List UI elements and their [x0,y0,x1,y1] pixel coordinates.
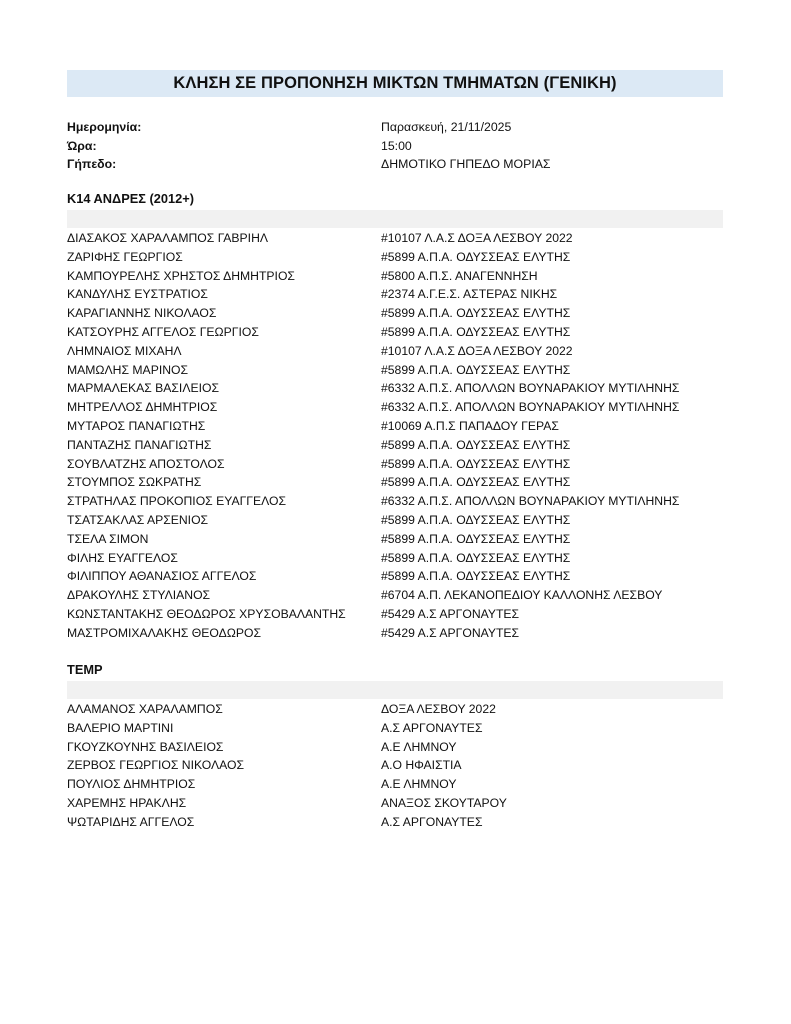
player-club: Α.Ε ΛΗΜΝΟΥ [381,775,456,794]
player-name: ΜΗΤΡΕΛΛΟΣ ΔΗΜΗΤΡΙΟΣ [67,398,381,417]
section-heading-temp: TEMP [67,662,103,677]
table-row: ΜΑΣΤΡΟΜΙΧΑΛΑΚΗΣ ΘΕΟΔΩΡΟΣ#5429 Α.Σ ΑΡΓΟΝΑ… [67,624,727,643]
player-club: ΑΝΑΞΟΣ ΣΚΟΥΤΑΡΟΥ [381,794,507,813]
player-club: #6704 Α.Π. ΛΕΚΑΝΟΠΕΔΙΟΥ ΚΑΛΛΟΝΗΣ ΛΕΣΒΟΥ [381,586,662,605]
table-row: ΧΑΡΕΜΗΣ ΗΡΑΚΛΗΣΑΝΑΞΟΣ ΣΚΟΥΤΑΡΟΥ [67,794,727,813]
player-club: #2374 Α.Γ.Ε.Σ. ΑΣΤΕΡΑΣ ΝΙΚΗΣ [381,285,557,304]
section-divider-bar [67,210,723,228]
table-row: ΜΥΤΑΡΟΣ ΠΑΝΑΓΙΩΤΗΣ#10069 Α.Π.Σ ΠΑΠΑΔΟΥ Γ… [67,417,727,436]
player-name: ΜΥΤΑΡΟΣ ΠΑΝΑΓΙΩΤΗΣ [67,417,381,436]
player-club: #5899 Α.Π.Α. ΟΔΥΣΣΕΑΣ ΕΛΥΤΗΣ [381,567,570,586]
player-name: ΣΤΡΑΤΗΛΑΣ ΠΡΟΚΟΠΙΟΣ ΕΥΑΓΓΕΛΟΣ [67,492,381,511]
table-row: ΜΑΡΜΑΛΕΚΑΣ ΒΑΣΙΛΕΙΟΣ#6332 Α.Π.Σ. ΑΠΟΛΛΩΝ… [67,379,727,398]
section-divider-bar [67,681,723,699]
table-row: ΤΣΑΤΣΑΚΛΑΣ ΑΡΣΕΝΙΟΣ#5899 Α.Π.Α. ΟΔΥΣΣΕΑΣ… [67,511,727,530]
player-name: ΠΑΝΤΑΖΗΣ ΠΑΝΑΓΙΩΤΗΣ [67,436,381,455]
table-row: ΣΟΥΒΛΑΤΖΗΣ ΑΠΟΣΤΟΛΟΣ#5899 Α.Π.Α. ΟΔΥΣΣΕΑ… [67,455,727,474]
player-name: ΚΩΝΣΤΑΝΤΑΚΗΣ ΘΕΟΔΩΡΟΣ ΧΡΥΣΟΒΑΛΑΝΤΗΣ [67,605,381,624]
player-club: #5899 Α.Π.Α. ΟΔΥΣΣΕΑΣ ΕΛΥΤΗΣ [381,248,570,267]
table-row: ΚΩΝΣΤΑΝΤΑΚΗΣ ΘΕΟΔΩΡΟΣ ΧΡΥΣΟΒΑΛΑΝΤΗΣ#5429… [67,605,727,624]
player-name: ΚΑΜΠΟΥΡΕΛΗΣ ΧΡΗΣΤΟΣ ΔΗΜΗΤΡΙΟΣ [67,267,381,286]
player-name: ΑΛΑΜΑΝΟΣ ΧΑΡΑΛΑΜΠΟΣ [67,700,381,719]
table-row: ΓΚΟΥΖΚΟΥΝΗΣ ΒΑΣΙΛΕΙΟΣΑ.Ε ΛΗΜΝΟΥ [67,738,727,757]
player-name: ΖΕΡΒΟΣ ΓΕΩΡΓΙΟΣ ΝΙΚΟΛΑΟΣ [67,756,381,775]
title-bar: ΚΛΗΣΗ ΣΕ ΠΡΟΠΟΝΗΣΗ ΜΙΚΤΩΝ ΤΜΗΜΑΤΩΝ (ΓΕΝΙ… [67,70,723,97]
player-name: ΨΩΤΑΡΙΔΗΣ ΑΓΓΕΛΟΣ [67,813,381,832]
player-club: #10107 Λ.Α.Σ ΔΟΞΑ ΛΕΣΒΟΥ 2022 [381,342,573,361]
player-club: #5429 Α.Σ ΑΡΓΟΝΑΥΤΕΣ [381,605,519,624]
table-row: ΔΙΑΣΑΚΟΣ ΧΑΡΑΛΑΜΠΟΣ ΓΑΒΡΙΗΛ#10107 Λ.Α.Σ … [67,229,727,248]
player-name: ΚΑΡΑΓΙΑΝΝΗΣ ΝΙΚΟΛΑΟΣ [67,304,381,323]
table-row: ΒΑΛΕΡΙΟ ΜΑΡΤΙΝΙΑ.Σ ΑΡΓΟΝΑΥΤΕΣ [67,719,727,738]
player-name: ΤΣΑΤΣΑΚΛΑΣ ΑΡΣΕΝΙΟΣ [67,511,381,530]
date-value: Παρασκευή, 21/11/2025 [381,118,511,137]
meta-row-venue: Γήπεδο: ΔΗΜΟΤΙΚΟ ΓΗΠΕΔΟ ΜΟΡΙΑΣ [67,155,727,174]
player-name: ΤΣΕΛΑ ΣΙΜΟΝ [67,530,381,549]
player-name: ΛΗΜΝΑΙΟΣ ΜΙΧΑΗΛ [67,342,381,361]
player-club: #5899 Α.Π.Α. ΟΔΥΣΣΕΑΣ ΕΛΥΤΗΣ [381,323,570,342]
table-row: ΚΑΤΣΟΥΡΗΣ ΑΓΓΕΛΟΣ ΓΕΩΡΓΙΟΣ#5899 Α.Π.Α. Ο… [67,323,727,342]
table-row: ΔΡΑΚΟΥΛΗΣ ΣΤΥΛΙΑΝΟΣ#6704 Α.Π. ΛΕΚΑΝΟΠΕΔΙ… [67,586,727,605]
player-name: ΜΑΣΤΡΟΜΙΧΑΛΑΚΗΣ ΘΕΟΔΩΡΟΣ [67,624,381,643]
document-page: ΚΛΗΣΗ ΣΕ ΠΡΟΠΟΝΗΣΗ ΜΙΚΤΩΝ ΤΜΗΜΑΤΩΝ (ΓΕΝΙ… [0,0,791,1024]
player-club: Α.Ε ΛΗΜΝΟΥ [381,738,456,757]
player-club: Α.Σ ΑΡΓΟΝΑΥΤΕΣ [381,813,482,832]
table-row: ΜΗΤΡΕΛΛΟΣ ΔΗΜΗΤΡΙΟΣ#6332 Α.Π.Σ. ΑΠΟΛΛΩΝ … [67,398,727,417]
player-club: #5429 Α.Σ ΑΡΓΟΝΑΥΤΕΣ [381,624,519,643]
player-club: #5899 Α.Π.Α. ΟΔΥΣΣΕΑΣ ΕΛΥΤΗΣ [381,304,570,323]
venue-label: Γήπεδο: [67,155,381,174]
player-club: Α.Σ ΑΡΓΟΝΑΥΤΕΣ [381,719,482,738]
document-title: ΚΛΗΣΗ ΣΕ ΠΡΟΠΟΝΗΣΗ ΜΙΚΤΩΝ ΤΜΗΜΑΤΩΝ (ΓΕΝΙ… [173,74,616,93]
player-club: ΔΟΞΑ ΛΕΣΒΟΥ 2022 [381,700,496,719]
venue-value: ΔΗΜΟΤΙΚΟ ΓΗΠΕΔΟ ΜΟΡΙΑΣ [381,155,551,174]
player-name: ΖΑΡΙΦΗΣ ΓΕΩΡΓΙΟΣ [67,248,381,267]
player-club: #5899 Α.Π.Α. ΟΔΥΣΣΕΑΣ ΕΛΥΤΗΣ [381,436,570,455]
player-club: #10107 Λ.Α.Σ ΔΟΞΑ ΛΕΣΒΟΥ 2022 [381,229,573,248]
table-row: ΖΑΡΙΦΗΣ ΓΕΩΡΓΙΟΣ#5899 Α.Π.Α. ΟΔΥΣΣΕΑΣ ΕΛ… [67,248,727,267]
player-name: ΣΤΟΥΜΠΟΣ ΣΩΚΡΑΤΗΣ [67,473,381,492]
table-row: ΑΛΑΜΑΝΟΣ ΧΑΡΑΛΑΜΠΟΣΔΟΞΑ ΛΕΣΒΟΥ 2022 [67,700,727,719]
time-label: Ώρα: [67,137,381,156]
player-club: #5899 Α.Π.Α. ΟΔΥΣΣΕΑΣ ΕΛΥΤΗΣ [381,361,570,380]
player-club: #5899 Α.Π.Α. ΟΔΥΣΣΕΑΣ ΕΛΥΤΗΣ [381,455,570,474]
player-name: ΔΙΑΣΑΚΟΣ ΧΑΡΑΛΑΜΠΟΣ ΓΑΒΡΙΗΛ [67,229,381,248]
player-name: ΒΑΛΕΡΙΟ ΜΑΡΤΙΝΙ [67,719,381,738]
table-row: ΚΑΜΠΟΥΡΕΛΗΣ ΧΡΗΣΤΟΣ ΔΗΜΗΤΡΙΟΣ#5800 Α.Π.Σ… [67,267,727,286]
table-row: ΚΑΡΑΓΙΑΝΝΗΣ ΝΙΚΟΛΑΟΣ#5899 Α.Π.Α. ΟΔΥΣΣΕΑ… [67,304,727,323]
table-row: ΣΤΟΥΜΠΟΣ ΣΩΚΡΑΤΗΣ#5899 Α.Π.Α. ΟΔΥΣΣΕΑΣ Ε… [67,473,727,492]
player-club: #6332 Α.Π.Σ. ΑΠΟΛΛΩΝ ΒΟΥΝΑΡΑΚΙΟΥ ΜΥΤΙΛΗΝ… [381,398,679,417]
player-club: #5800 Α.Π.Σ. ΑΝΑΓΕΝΝΗΣΗ [381,267,538,286]
section-heading-k14: Κ14 ΑΝΔΡΕΣ (2012+) [67,191,194,206]
player-name: ΣΟΥΒΛΑΤΖΗΣ ΑΠΟΣΤΟΛΟΣ [67,455,381,474]
table-row: ΚΑΝΔΥΛΗΣ ΕΥΣΤΡΑΤΙΟΣ#2374 Α.Γ.Ε.Σ. ΑΣΤΕΡΑ… [67,285,727,304]
player-club: #5899 Α.Π.Α. ΟΔΥΣΣΕΑΣ ΕΛΥΤΗΣ [381,473,570,492]
player-club: Α.Ο ΗΦΑΙΣΤΙΑ [381,756,462,775]
date-label: Ημερομηνία: [67,118,381,137]
table-row: ΨΩΤΑΡΙΔΗΣ ΑΓΓΕΛΟΣΑ.Σ ΑΡΓΟΝΑΥΤΕΣ [67,813,727,832]
player-list-temp: ΑΛΑΜΑΝΟΣ ΧΑΡΑΛΑΜΠΟΣΔΟΞΑ ΛΕΣΒΟΥ 2022ΒΑΛΕΡ… [67,700,727,832]
table-row: ΠΟΥΛΙΟΣ ΔΗΜΗΤΡΙΟΣΑ.Ε ΛΗΜΝΟΥ [67,775,727,794]
player-list-k14: ΔΙΑΣΑΚΟΣ ΧΑΡΑΛΑΜΠΟΣ ΓΑΒΡΙΗΛ#10107 Λ.Α.Σ … [67,229,727,643]
player-name: ΠΟΥΛΙΟΣ ΔΗΜΗΤΡΙΟΣ [67,775,381,794]
player-club: #10069 Α.Π.Σ ΠΑΠΑΔΟΥ ΓΕΡΑΣ [381,417,559,436]
meta-info: Ημερομηνία: Παρασκευή, 21/11/2025 Ώρα: 1… [67,118,727,174]
time-value: 15:00 [381,137,412,156]
player-club: #5899 Α.Π.Α. ΟΔΥΣΣΕΑΣ ΕΛΥΤΗΣ [381,530,570,549]
player-name: ΚΑΝΔΥΛΗΣ ΕΥΣΤΡΑΤΙΟΣ [67,285,381,304]
player-club: #6332 Α.Π.Σ. ΑΠΟΛΛΩΝ ΒΟΥΝΑΡΑΚΙΟΥ ΜΥΤΙΛΗΝ… [381,492,679,511]
table-row: ΠΑΝΤΑΖΗΣ ΠΑΝΑΓΙΩΤΗΣ#5899 Α.Π.Α. ΟΔΥΣΣΕΑΣ… [67,436,727,455]
table-row: ΜΑΜΩΛΗΣ ΜΑΡΙΝΟΣ#5899 Α.Π.Α. ΟΔΥΣΣΕΑΣ ΕΛΥ… [67,361,727,380]
table-row: ΦΙΛΙΠΠΟΥ ΑΘΑΝΑΣΙΟΣ ΑΓΓΕΛΟΣ#5899 Α.Π.Α. Ο… [67,567,727,586]
table-row: ΛΗΜΝΑΙΟΣ ΜΙΧΑΗΛ#10107 Λ.Α.Σ ΔΟΞΑ ΛΕΣΒΟΥ … [67,342,727,361]
meta-row-time: Ώρα: 15:00 [67,137,727,156]
player-name: ΚΑΤΣΟΥΡΗΣ ΑΓΓΕΛΟΣ ΓΕΩΡΓΙΟΣ [67,323,381,342]
table-row: ΣΤΡΑΤΗΛΑΣ ΠΡΟΚΟΠΙΟΣ ΕΥΑΓΓΕΛΟΣ#6332 Α.Π.Σ… [67,492,727,511]
player-name: ΦΙΛΗΣ ΕΥΑΓΓΕΛΟΣ [67,549,381,568]
player-name: ΔΡΑΚΟΥΛΗΣ ΣΤΥΛΙΑΝΟΣ [67,586,381,605]
table-row: ΖΕΡΒΟΣ ΓΕΩΡΓΙΟΣ ΝΙΚΟΛΑΟΣΑ.Ο ΗΦΑΙΣΤΙΑ [67,756,727,775]
table-row: ΦΙΛΗΣ ΕΥΑΓΓΕΛΟΣ#5899 Α.Π.Α. ΟΔΥΣΣΕΑΣ ΕΛΥ… [67,549,727,568]
player-club: #6332 Α.Π.Σ. ΑΠΟΛΛΩΝ ΒΟΥΝΑΡΑΚΙΟΥ ΜΥΤΙΛΗΝ… [381,379,679,398]
meta-row-date: Ημερομηνία: Παρασκευή, 21/11/2025 [67,118,727,137]
player-name: ΦΙΛΙΠΠΟΥ ΑΘΑΝΑΣΙΟΣ ΑΓΓΕΛΟΣ [67,567,381,586]
player-club: #5899 Α.Π.Α. ΟΔΥΣΣΕΑΣ ΕΛΥΤΗΣ [381,549,570,568]
player-name: ΜΑΡΜΑΛΕΚΑΣ ΒΑΣΙΛΕΙΟΣ [67,379,381,398]
player-club: #5899 Α.Π.Α. ΟΔΥΣΣΕΑΣ ΕΛΥΤΗΣ [381,511,570,530]
player-name: ΜΑΜΩΛΗΣ ΜΑΡΙΝΟΣ [67,361,381,380]
player-name: ΓΚΟΥΖΚΟΥΝΗΣ ΒΑΣΙΛΕΙΟΣ [67,738,381,757]
table-row: ΤΣΕΛΑ ΣΙΜΟΝ#5899 Α.Π.Α. ΟΔΥΣΣΕΑΣ ΕΛΥΤΗΣ [67,530,727,549]
player-name: ΧΑΡΕΜΗΣ ΗΡΑΚΛΗΣ [67,794,381,813]
